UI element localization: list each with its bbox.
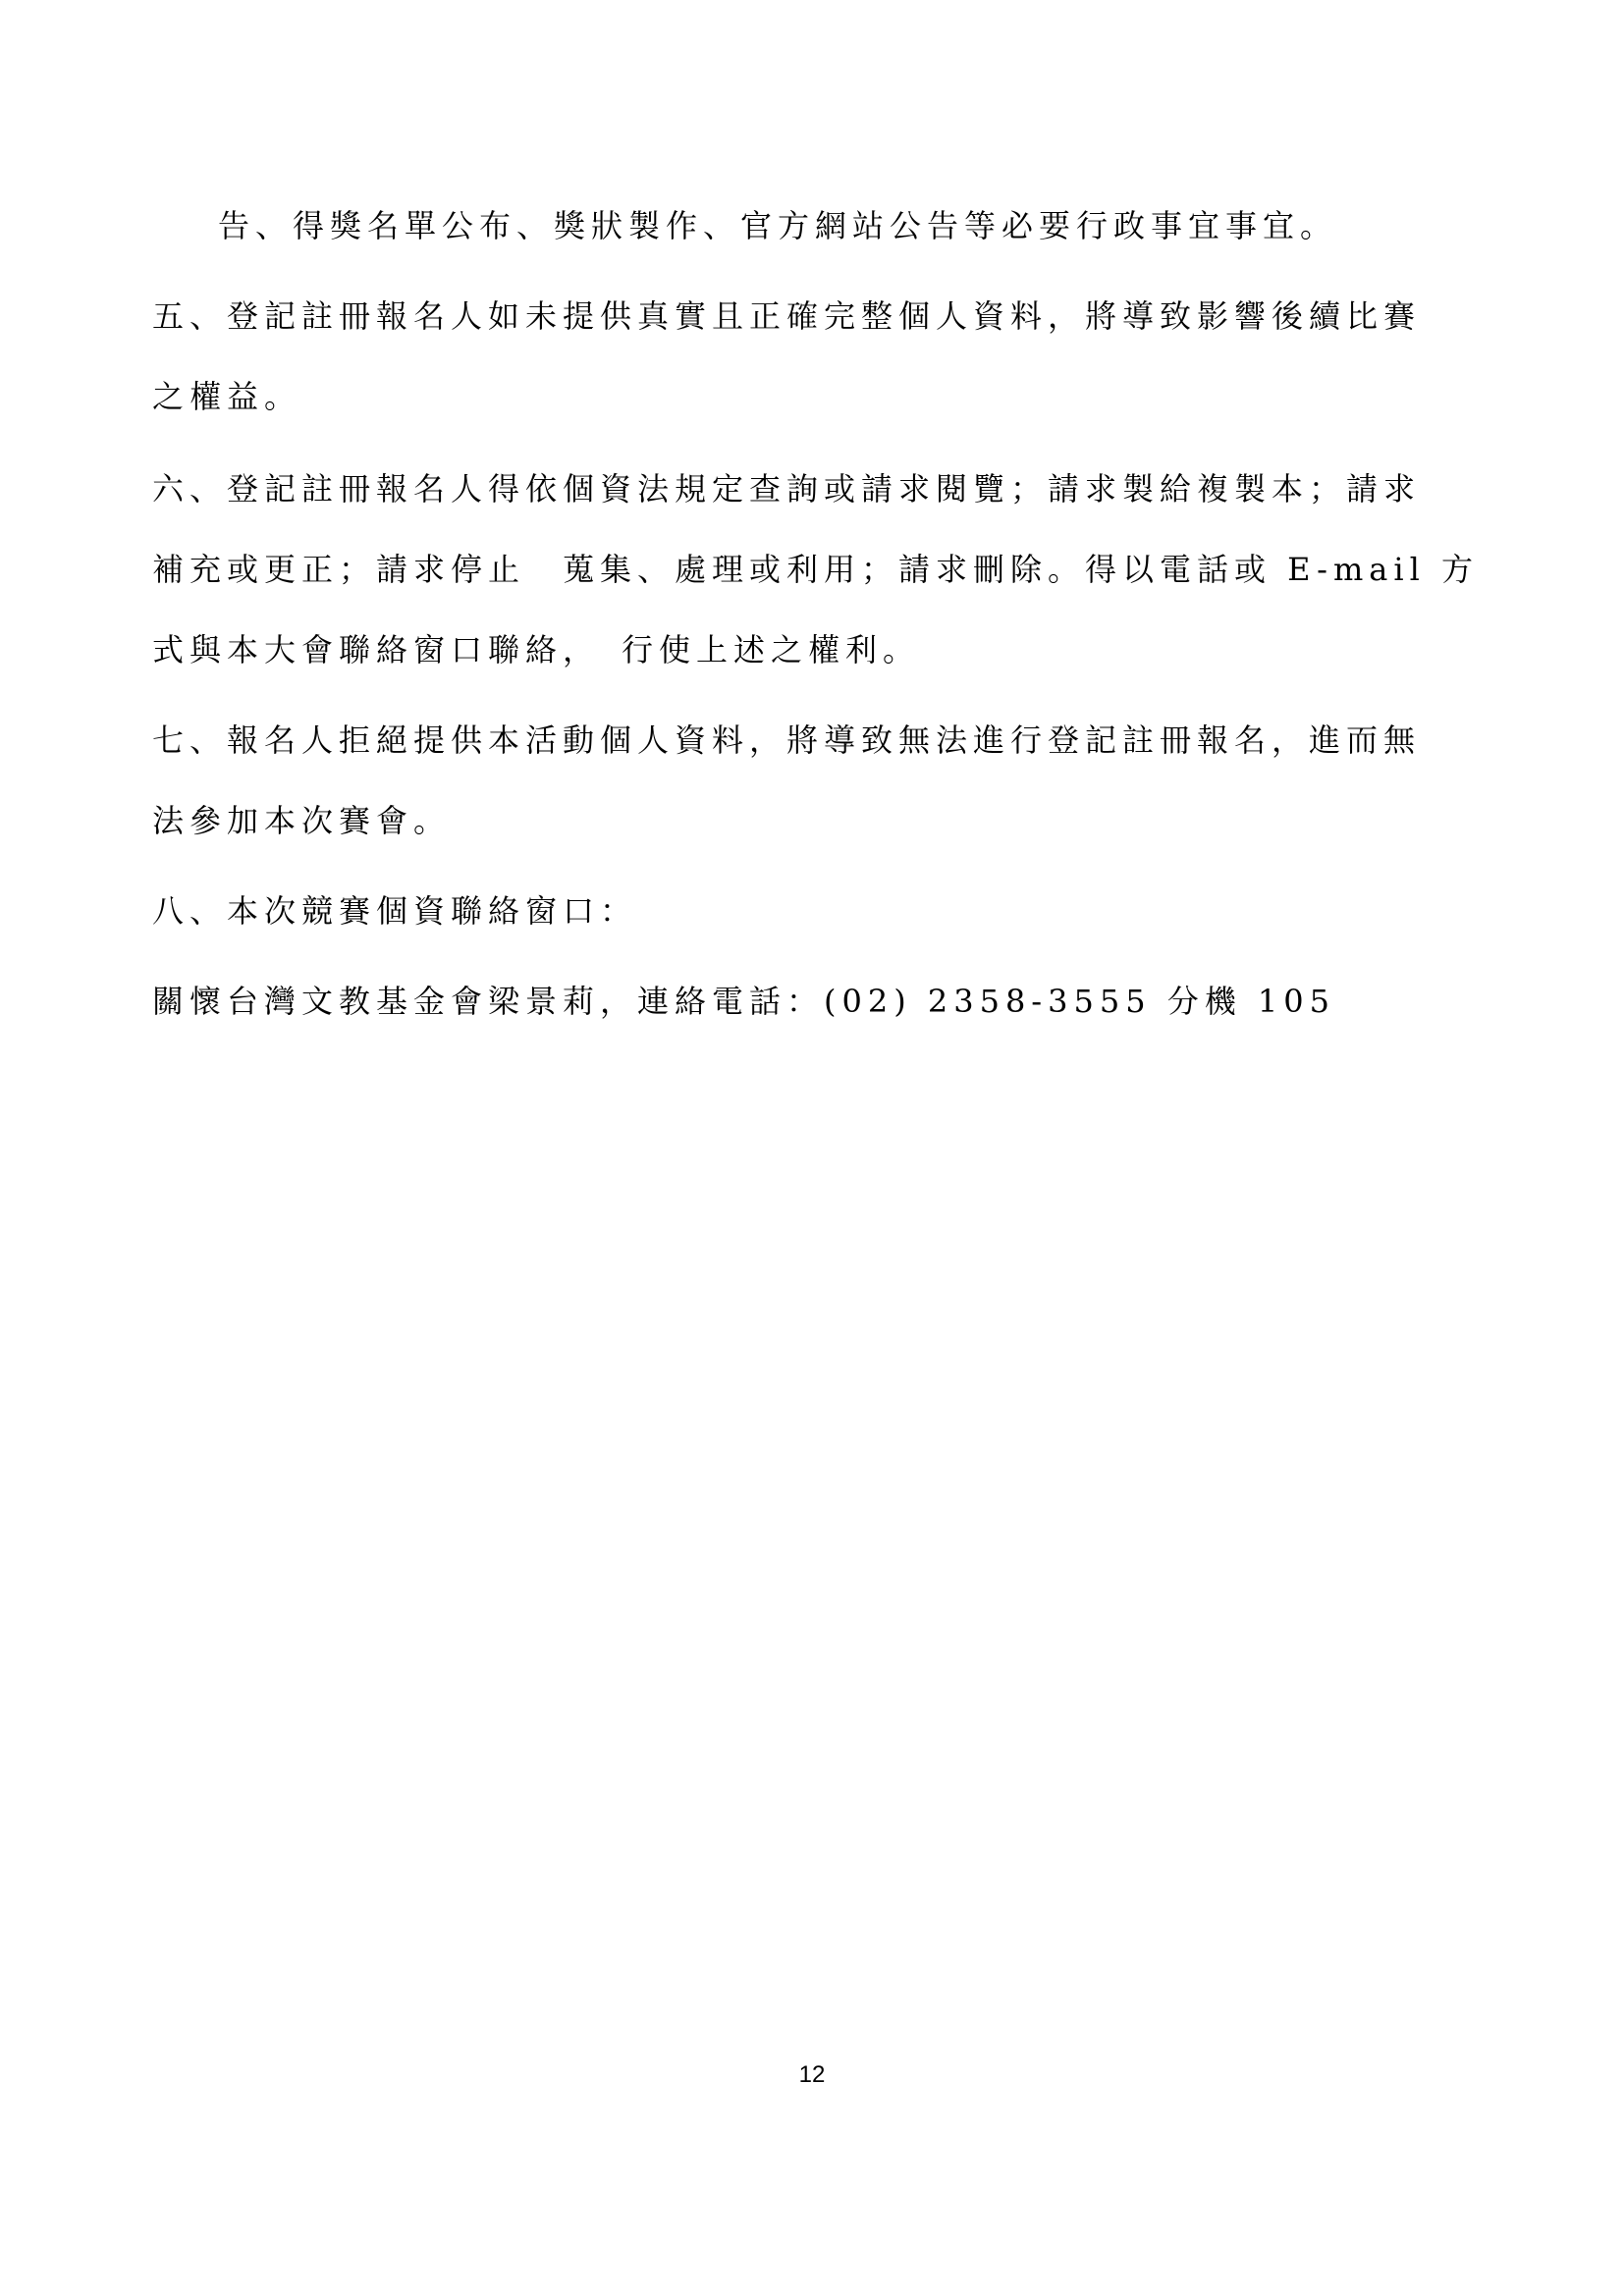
item-5-line-1: 五、登記註冊報名人如未提供真實且正確完整個人資料，將導致影響後續比賽 xyxy=(152,296,1421,336)
item-8-heading: 八、本次競賽個資聯絡窗口： xyxy=(152,891,637,931)
paragraph-continuation-line: 告、得獎名單公布、獎狀製作、官方網站公告等必要行政事宜事宜。 xyxy=(218,206,1337,245)
contact-info-line: 關懷台灣文教基金會梁景莉，連絡電話：(02) 2358-3555 分機 105 xyxy=(152,982,1335,1021)
item-5-line-2: 之權益。 xyxy=(152,377,301,416)
item-7-line-2: 法參加本次賽會。 xyxy=(152,801,451,840)
item-7-line-1: 七、報名人拒絕提供本活動個人資料，將導致無法進行登記註冊報名，進而無 xyxy=(152,721,1421,760)
item-6-line-1: 六、登記註冊報名人得依個資法規定查詢或請求閱覽；請求製給複製本；請求 xyxy=(152,469,1421,508)
item-6-line-3: 式與本大會聯絡窗口聯絡， 行使上述之權利。 xyxy=(152,630,920,669)
page-number: 12 xyxy=(0,2061,1624,2089)
item-6-line-2: 補充或更正；請求停止 蒐集、處理或利用；請求刪除。得以電話或 E-mail 方 xyxy=(152,550,1479,589)
document-page: 告、得獎名單公布、獎狀製作、官方網站公告等必要行政事宜事宜。 五、登記註冊報名人… xyxy=(0,0,1624,2296)
